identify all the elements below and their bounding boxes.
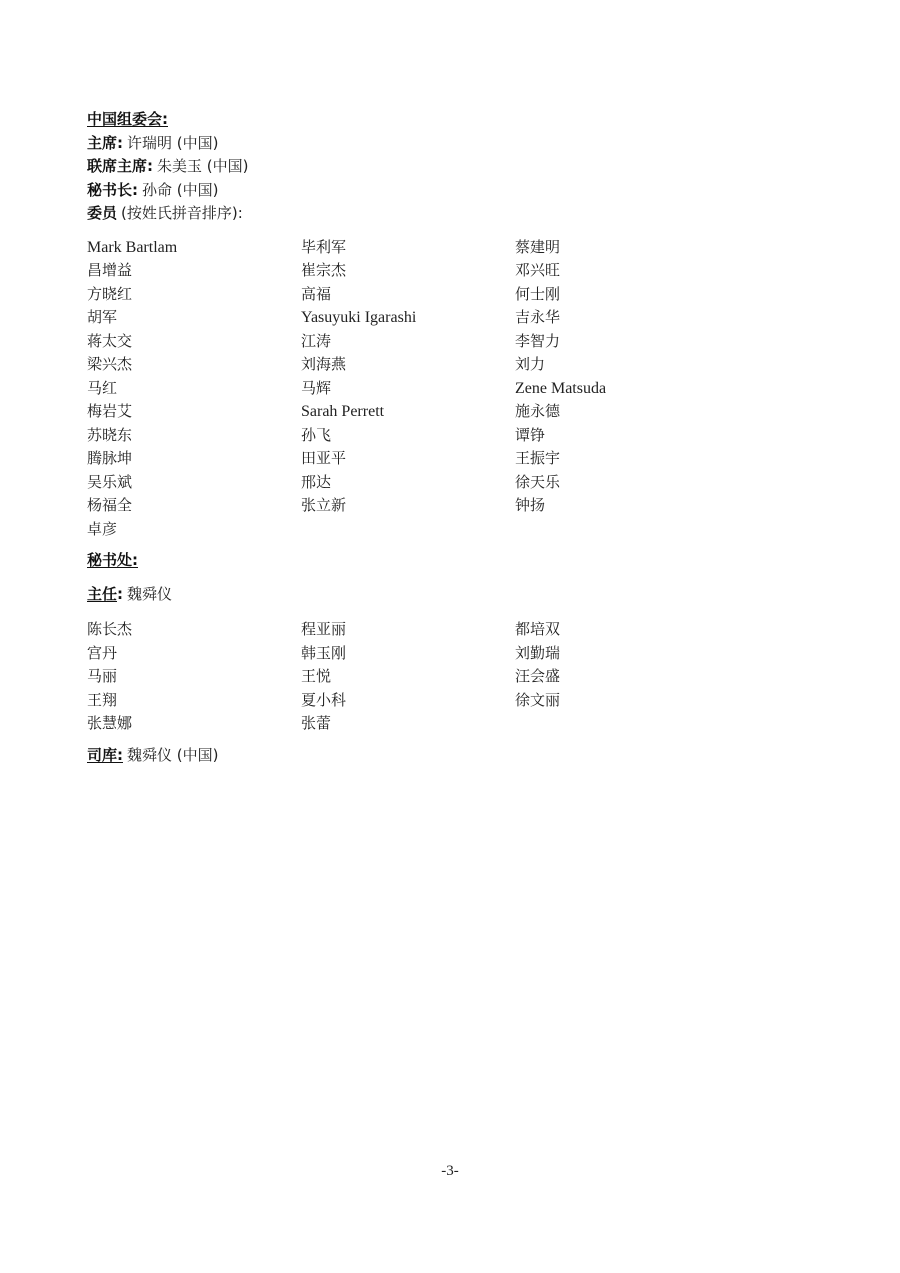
member-name: 马丽 <box>87 665 301 689</box>
member-name: 杨福全 <box>87 494 301 518</box>
member-name: 张蕾 <box>301 712 515 736</box>
member-name: 梅岩艾 <box>87 400 301 424</box>
member-name: 李智力 <box>515 330 729 354</box>
member-name: 吉永华 <box>515 306 729 330</box>
member-name: 邢达 <box>301 471 515 495</box>
member-name: 方晓红 <box>87 283 301 307</box>
secretary-general-value: 孙命 (中国) <box>142 181 218 199</box>
member-name: 蒋太交 <box>87 330 301 354</box>
member-name: 江涛 <box>301 330 515 354</box>
member-name <box>515 712 729 736</box>
member-name: 施永德 <box>515 400 729 424</box>
member-name: 谭铮 <box>515 424 729 448</box>
member-name: 蔡建明 <box>515 236 729 260</box>
member-name: 王悦 <box>301 665 515 689</box>
member-name: 梁兴杰 <box>87 353 301 377</box>
member-name: 马红 <box>87 377 301 401</box>
member-name: 都培双 <box>515 618 729 642</box>
member-name: 张慧娜 <box>87 712 301 736</box>
chair-label: 主席: <box>87 134 123 152</box>
members-note: (按姓氏拼音排序): <box>121 204 243 222</box>
member-name: 胡军 <box>87 306 301 330</box>
member-name: 陈长杰 <box>87 618 301 642</box>
co-chair-label: 联席主席: <box>87 157 153 175</box>
member-name: 何士刚 <box>515 283 729 307</box>
secretariat-members-grid: 陈长杰 程亚丽 都培双 宫丹 韩玉刚 刘勤瑞 马丽 王悦 汪会盛 王翔 夏小科 … <box>87 618 827 736</box>
committee-members-grid: Mark Bartlam 毕利军 蔡建明 昌增益 崔宗杰 邓兴旺 方晓红 高福 … <box>87 236 827 542</box>
member-name: 程亚丽 <box>301 618 515 642</box>
co-chair-value: 朱美玉 (中国) <box>157 157 248 175</box>
treasurer-line: 司库: 魏舜仪 (中国) <box>87 744 827 768</box>
member-name: 刘力 <box>515 353 729 377</box>
organizing-committee-heading: 中国组委会: <box>87 108 827 132</box>
member-name: 汪会盛 <box>515 665 729 689</box>
member-name: 孙飞 <box>301 424 515 448</box>
member-name: 徐天乐 <box>515 471 729 495</box>
co-chair-line: 联席主席: 朱美玉 (中国) <box>87 155 827 179</box>
members-label: 委员 <box>87 204 117 222</box>
member-name: 王振宇 <box>515 447 729 471</box>
member-name: 吴乐斌 <box>87 471 301 495</box>
member-name: 刘勤瑞 <box>515 642 729 666</box>
member-name: 马辉 <box>301 377 515 401</box>
member-name: 张立新 <box>301 494 515 518</box>
member-name: 邓兴旺 <box>515 259 729 283</box>
member-name: 崔宗杰 <box>301 259 515 283</box>
director-line: 主任: 魏舜仪 <box>87 583 827 607</box>
document-page: 中国组委会: 主席: 许瑞明 (中国) 联席主席: 朱美玉 (中国) 秘书长: … <box>87 108 827 767</box>
member-name: 苏晓东 <box>87 424 301 448</box>
member-name: Mark Bartlam <box>87 236 301 260</box>
chair-value: 许瑞明 (中国) <box>127 134 218 152</box>
member-name: 毕利军 <box>301 236 515 260</box>
member-name: Sarah Perrett <box>301 400 515 424</box>
members-label-line: 委员 (按姓氏拼音排序): <box>87 202 827 226</box>
treasurer-label: 司库: <box>87 746 123 764</box>
secretary-general-line: 秘书长: 孙命 (中国) <box>87 179 827 203</box>
director-colon: : <box>117 585 123 603</box>
member-name: 钟扬 <box>515 494 729 518</box>
member-name: 刘海燕 <box>301 353 515 377</box>
member-name: 高福 <box>301 283 515 307</box>
member-name: 宫丹 <box>87 642 301 666</box>
secretary-general-label: 秘书长: <box>87 181 138 199</box>
treasurer-value: 魏舜仪 (中国) <box>127 746 218 764</box>
director-value: 魏舜仪 <box>127 585 172 603</box>
member-name: Zene Matsuda <box>515 377 729 401</box>
member-name: 韩玉刚 <box>301 642 515 666</box>
member-name: 王翔 <box>87 689 301 713</box>
secretariat-heading: 秘书处: <box>87 549 827 573</box>
member-name: 腾脉坤 <box>87 447 301 471</box>
member-name: 夏小科 <box>301 689 515 713</box>
member-name <box>515 518 729 542</box>
member-name: 田亚平 <box>301 447 515 471</box>
member-name: 徐文丽 <box>515 689 729 713</box>
member-name <box>301 518 515 542</box>
page-number: -3- <box>0 1163 900 1180</box>
member-name: 卓彦 <box>87 518 301 542</box>
director-label: 主任 <box>87 585 117 603</box>
chair-line: 主席: 许瑞明 (中国) <box>87 132 827 156</box>
member-name: 昌增益 <box>87 259 301 283</box>
member-name: Yasuyuki Igarashi <box>301 306 515 330</box>
